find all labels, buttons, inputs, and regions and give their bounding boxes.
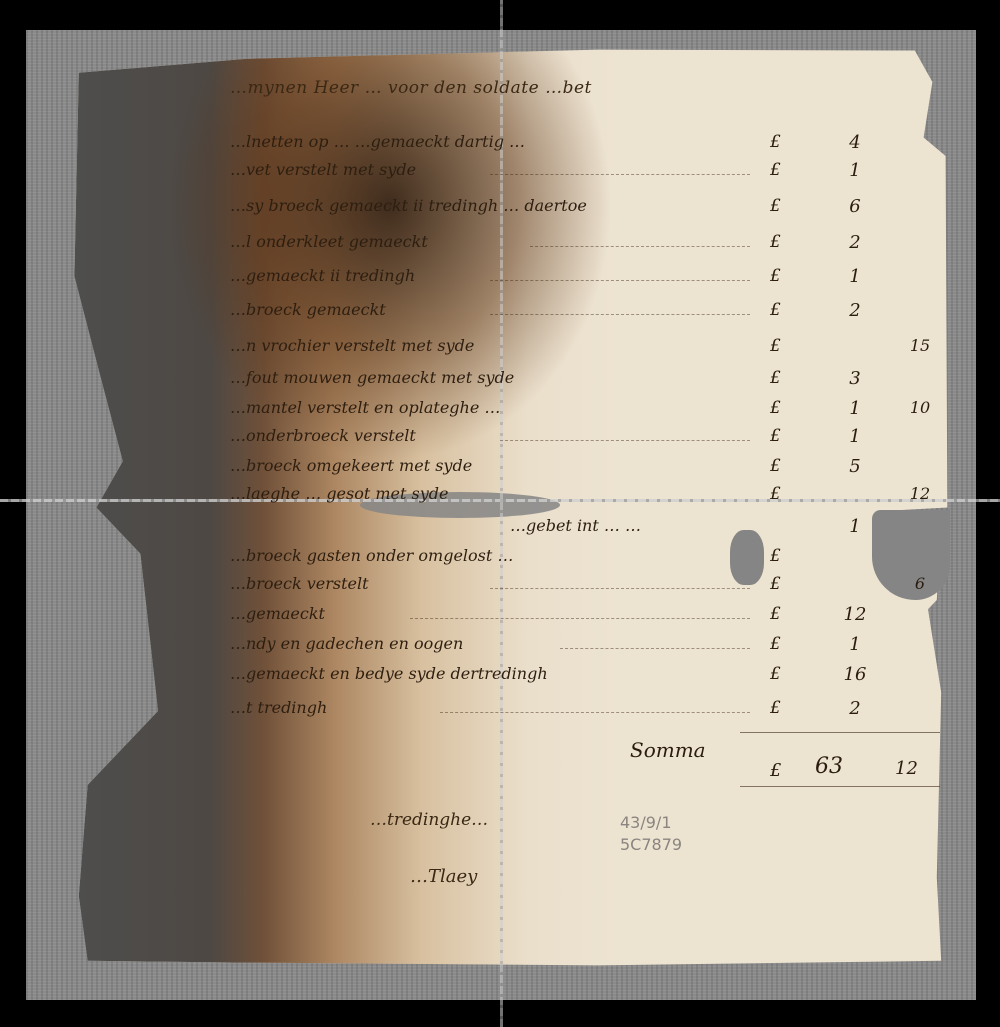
pound-sign: £	[770, 634, 781, 654]
ledger-entries: …lnetten op … …gemaeckt dartig … £ 4 …ve…	[0, 0, 1000, 1027]
total-label: Somma	[630, 738, 706, 762]
pound-sign: £	[770, 232, 781, 252]
entry-text: …gemaeckt ii tredingh	[230, 266, 415, 285]
entry-text: …gemaeckt en bedye syde dertredingh	[230, 664, 548, 683]
ledger-row: …broeck verstelt £ 6	[230, 574, 950, 598]
entry-text: …laeghe … gesot met syde	[230, 484, 449, 503]
ledger-row: …mantel verstelt en oplateghe … £ 1 10	[230, 398, 950, 422]
ledger-row: …l onderkleet gemaeckt £ 2	[230, 232, 950, 256]
pound-sign: £	[770, 398, 781, 418]
archive-shelfmark: 43/9/1	[620, 812, 682, 834]
signature-line-2: …Tlaey	[410, 866, 477, 887]
entry-pounds: 6	[840, 196, 870, 217]
ledger-row: …fout mouwen gemaeckt met syde £ 3	[230, 368, 950, 392]
entry-text: …fout mouwen gemaeckt met syde	[230, 368, 514, 387]
ledger-row: …t tredingh £ 2	[230, 698, 950, 722]
ledger-row: …sy broeck gemaeckt ii tredingh … daerto…	[230, 196, 950, 220]
pound-sign: £	[770, 368, 781, 388]
pound-sign: £	[770, 456, 781, 476]
ledger-row: …vet verstelt met syde £ 1	[230, 160, 950, 184]
entry-pounds: 4	[840, 132, 870, 153]
archive-number: 5C7879	[620, 834, 682, 856]
entry-text: …lnetten op … …gemaeckt dartig …	[230, 132, 525, 151]
entry-pounds: 12	[840, 604, 870, 625]
ledger-row: …ndy en gadechen en oogen £ 1	[230, 634, 950, 658]
ledger-row: …gemaeckt £ 12	[230, 604, 950, 628]
pound-sign: £	[770, 132, 781, 152]
entry-pounds: 2	[840, 300, 870, 321]
entry-subunit: 12	[900, 484, 940, 503]
entry-text: …mantel verstelt en oplateghe …	[230, 398, 500, 417]
entry-pounds: 16	[840, 664, 870, 685]
pound-sign: £	[770, 196, 781, 216]
entry-subunit: 6	[900, 574, 940, 593]
ledger-row: …broeck gemaeckt £ 2	[230, 300, 950, 324]
entry-subunit: 15	[900, 336, 940, 355]
ledger-row: …onderbroeck verstelt £ 1	[230, 426, 950, 450]
entry-text: …gebet int … …	[510, 516, 641, 535]
ledger-row: …laeghe … gesot met syde £ 12	[230, 484, 950, 508]
entry-text: …t tredingh	[230, 698, 327, 717]
pound-sign: £	[770, 574, 781, 594]
entry-text: …l onderkleet gemaeckt	[230, 232, 428, 251]
entry-text: …vet verstelt met syde	[230, 160, 416, 179]
entry-pounds: 5	[840, 456, 870, 477]
total-pound-sign: £	[770, 760, 781, 781]
pound-sign: £	[770, 266, 781, 286]
ledger-row: …lnetten op … …gemaeckt dartig … £ 4	[230, 132, 950, 156]
pound-sign: £	[770, 664, 781, 684]
entry-pounds: 2	[840, 698, 870, 719]
pound-sign: £	[770, 484, 781, 504]
entry-pounds: 1	[840, 266, 870, 287]
entry-pounds: 1	[840, 516, 870, 537]
archive-reference: 43/9/1 5C7879	[620, 812, 682, 856]
entry-pounds: 1	[840, 426, 870, 447]
entry-text: …broeck gemaeckt	[230, 300, 386, 319]
total-rule-top	[740, 732, 940, 733]
ledger-row: …gemaeckt en bedye syde dertredingh £ 16	[230, 664, 950, 688]
entry-text: …broeck gasten onder omgelost …	[230, 546, 513, 565]
entry-pounds: 3	[840, 368, 870, 389]
entry-pounds: 2	[840, 232, 870, 253]
entry-subunit: 10	[900, 398, 940, 417]
entry-text: …sy broeck gemaeckt ii tredingh … daerto…	[230, 196, 587, 215]
pound-sign: £	[770, 546, 781, 566]
pound-sign: £	[770, 698, 781, 718]
entry-text: …broeck verstelt	[230, 574, 369, 593]
ledger-row: …gebet int … … 1	[230, 516, 950, 540]
entry-pounds: 1	[840, 634, 870, 655]
entry-pounds: 1	[840, 160, 870, 181]
total-pounds: 63	[815, 754, 843, 779]
ledger-row: …n vrochier verstelt met syde £ 15	[230, 336, 950, 360]
total-subunit: 12	[895, 758, 918, 779]
entry-text: …gemaeckt	[230, 604, 325, 623]
entry-pounds: 1	[840, 398, 870, 419]
entry-text: …onderbroeck verstelt	[230, 426, 416, 445]
total-rule-bottom	[740, 786, 940, 787]
ledger-row: …gemaeckt ii tredingh £ 1	[230, 266, 950, 290]
entry-text: …n vrochier verstelt met syde	[230, 336, 474, 355]
pound-sign: £	[770, 604, 781, 624]
ledger-row: …broeck omgekeert met syde £ 5	[230, 456, 950, 480]
pound-sign: £	[770, 426, 781, 446]
ledger-row: …broeck gasten onder omgelost … £	[230, 546, 950, 570]
pound-sign: £	[770, 336, 781, 356]
entry-text: …ndy en gadechen en oogen	[230, 634, 463, 653]
entry-text: …broeck omgekeert met syde	[230, 456, 472, 475]
pound-sign: £	[770, 300, 781, 320]
signature-line-1: …tredinghe…	[370, 810, 488, 830]
pound-sign: £	[770, 160, 781, 180]
